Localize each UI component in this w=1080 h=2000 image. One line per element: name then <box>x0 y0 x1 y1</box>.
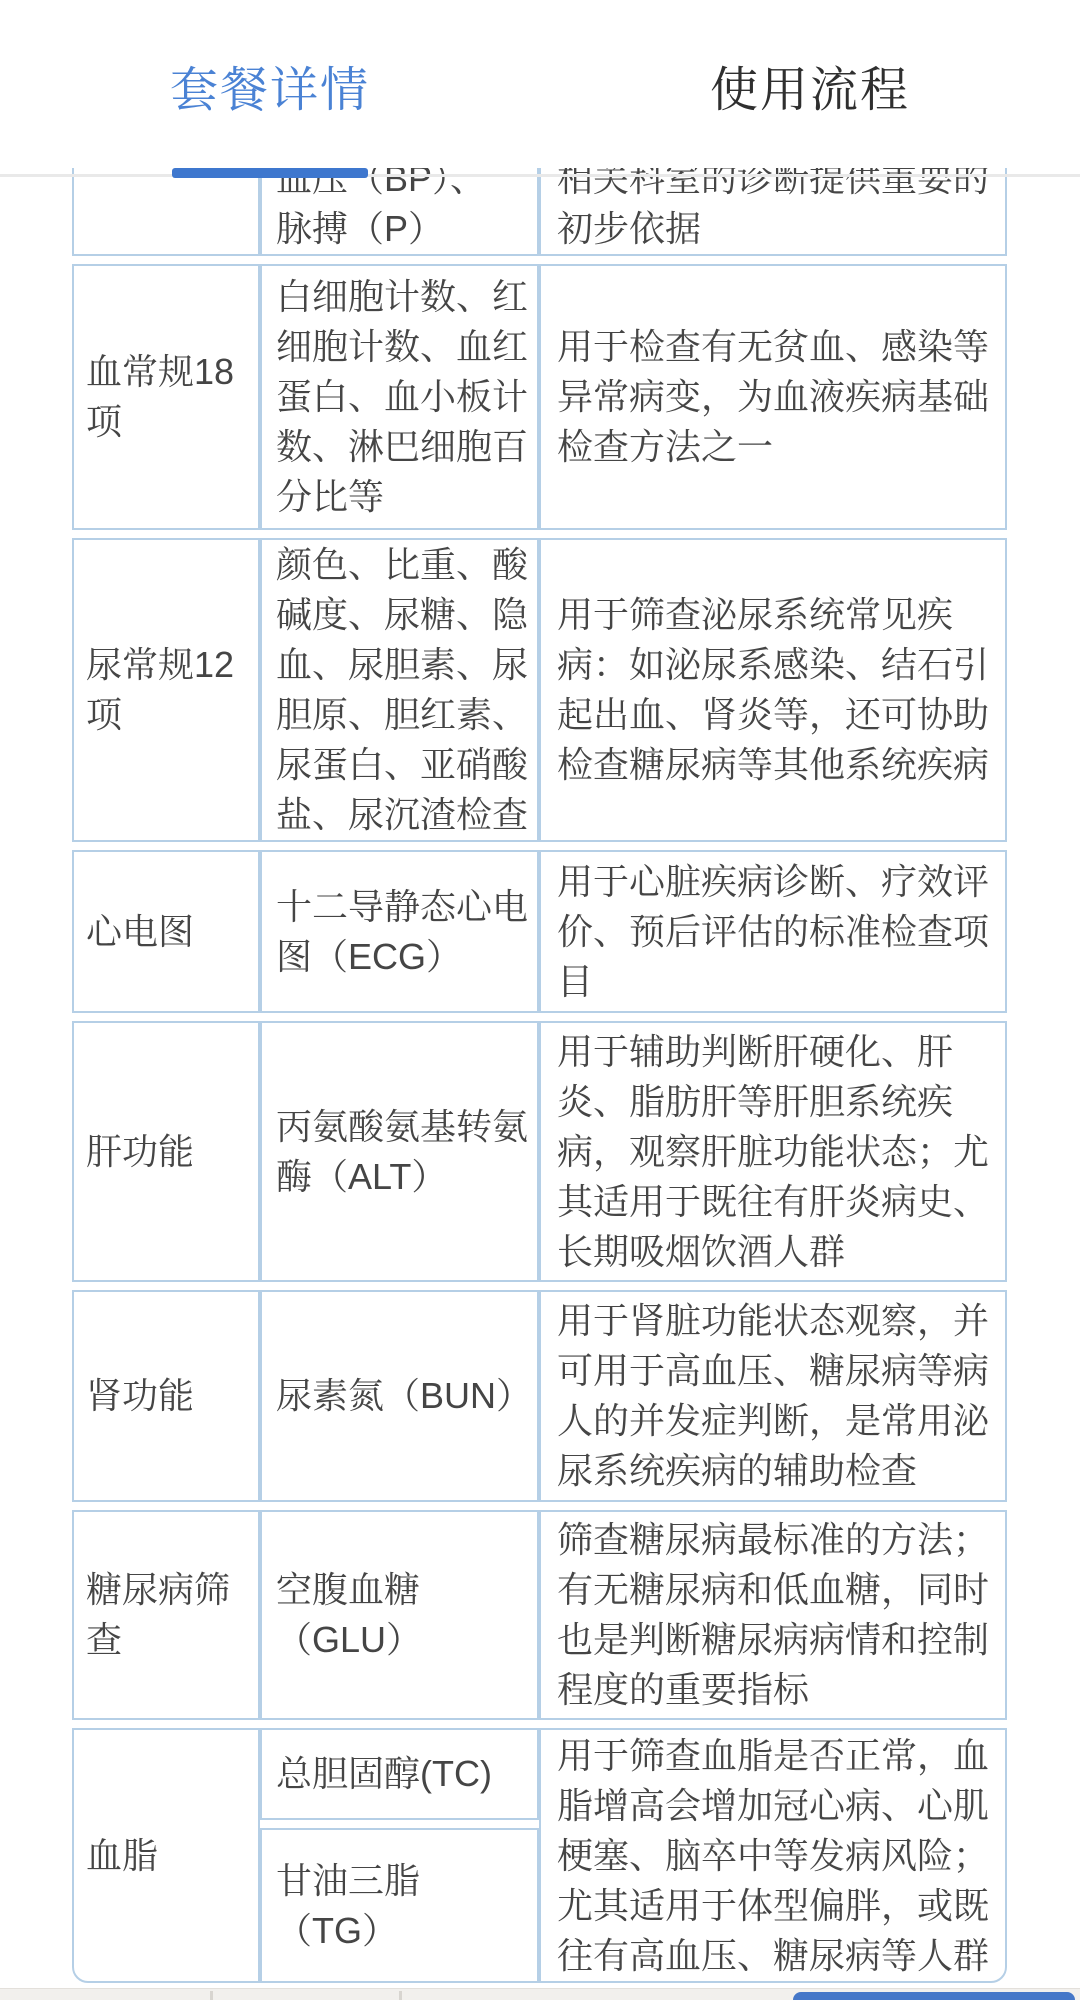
table-row: 肝功能 丙氨酸氨基转氨 酶（ALT） 用于辅助判断肝硬化、肝 炎、脂肪肝等肝胆系… <box>72 1021 1007 1282</box>
table-row: 糖尿病筛 查 空腹血糖 （GLU） 筛查糖尿病最标准的方法； 有无糖尿病和低血糖… <box>72 1510 1007 1720</box>
table-row: 心电图 十二导静态心电 图（ECG） 用于心脏疾病诊断、疗效评 价、预后评估的标… <box>72 850 1007 1013</box>
cell-description: 用于辅助判断肝硬化、肝 炎、脂肪肝等肝胆系统疾 病，观察肝脏功能状态；尤 其适用… <box>539 1021 1007 1282</box>
app-screen: 血压（BP）、 脉搏（P） 相关科室的诊断提供重要的 初步依据 血常规18 项 … <box>0 0 1080 2000</box>
tab-bar: 套餐详情 使用流程 <box>0 0 1080 168</box>
cell-description: 用于筛查泌尿系统常见疾 病：如泌尿系感染、结石引 起出血、肾炎等，还可协助 检查… <box>539 538 1007 842</box>
bottom-action-bar <box>0 1988 1080 2000</box>
table-row: 血脂 总胆固醇(TC) 用于筛查血脂是否正常，血 脂增高会增加冠心病、心肌 梗塞… <box>72 1728 1007 1820</box>
tab-usage-flow[interactable]: 使用流程 <box>540 0 1080 168</box>
primary-action-button[interactable] <box>793 1992 1075 2000</box>
cell-description: 筛查糖尿病最标准的方法； 有无糖尿病和低血糖，同时 也是判断糖尿病病情和控制 程… <box>539 1510 1007 1720</box>
bottombar-divider <box>399 1991 402 2000</box>
cell-items: 甘油三脂 （TG） <box>260 1828 539 1983</box>
cell-items: 白细胞计数、红 细胞计数、血红 蛋白、血小板计 数、淋巴细胞百 分比等 <box>260 264 539 530</box>
cell-category: 肾功能 <box>72 1290 260 1502</box>
table-row: 肾功能 尿素氮（BUN） 用于肾脏功能状态观察，并 可用于高血压、糖尿病等病 人… <box>72 1290 1007 1502</box>
cell-description: 用于筛查血脂是否正常，血 脂增高会增加冠心病、心肌 梗塞、脑卒中等发病风险； 尤… <box>539 1728 1007 1983</box>
bottombar-divider <box>210 1991 213 2000</box>
cell-category: 尿常规12 项 <box>72 538 260 842</box>
cell-items: 空腹血糖 （GLU） <box>260 1510 539 1720</box>
cell-description: 用于肾脏功能状态观察，并 可用于高血压、糖尿病等病 人的并发症判断，是常用泌 尿… <box>539 1290 1007 1502</box>
table-row: 尿常规12 项 颜色、比重、酸 碱度、尿糖、隐 血、尿胆素、尿 胆原、胆红素、 … <box>72 538 1007 842</box>
cell-description: 用于检查有无贫血、感染等 异常病变，为血液疾病基础 检查方法之一 <box>539 264 1007 530</box>
cell-category: 糖尿病筛 查 <box>72 1510 260 1720</box>
cell-category: 血常规18 项 <box>72 264 260 530</box>
package-table: 血压（BP）、 脉搏（P） 相关科室的诊断提供重要的 初步依据 血常规18 项 … <box>72 144 1007 1991</box>
cell-category: 心电图 <box>72 850 260 1013</box>
tab-package-details[interactable]: 套餐详情 <box>0 0 540 168</box>
active-tab-indicator <box>172 168 368 178</box>
package-detail-scroll-area[interactable]: 血压（BP）、 脉搏（P） 相关科室的诊断提供重要的 初步依据 血常规18 项 … <box>0 0 1080 2000</box>
cell-items: 总胆固醇(TC) <box>260 1728 539 1820</box>
cell-category: 肝功能 <box>72 1021 260 1282</box>
cell-items: 丙氨酸氨基转氨 酶（ALT） <box>260 1021 539 1282</box>
cell-items: 十二导静态心电 图（ECG） <box>260 850 539 1013</box>
cell-items: 颜色、比重、酸 碱度、尿糖、隐 血、尿胆素、尿 胆原、胆红素、 尿蛋白、亚硝酸 … <box>260 538 539 842</box>
cell-items: 尿素氮（BUN） <box>260 1290 539 1502</box>
cell-description: 用于心脏疾病诊断、疗效评 价、预后评估的标准检查项 目 <box>539 850 1007 1013</box>
table-row: 血常规18 项 白细胞计数、红 细胞计数、血红 蛋白、血小板计 数、淋巴细胞百 … <box>72 264 1007 530</box>
cell-category: 血脂 <box>72 1728 260 1983</box>
